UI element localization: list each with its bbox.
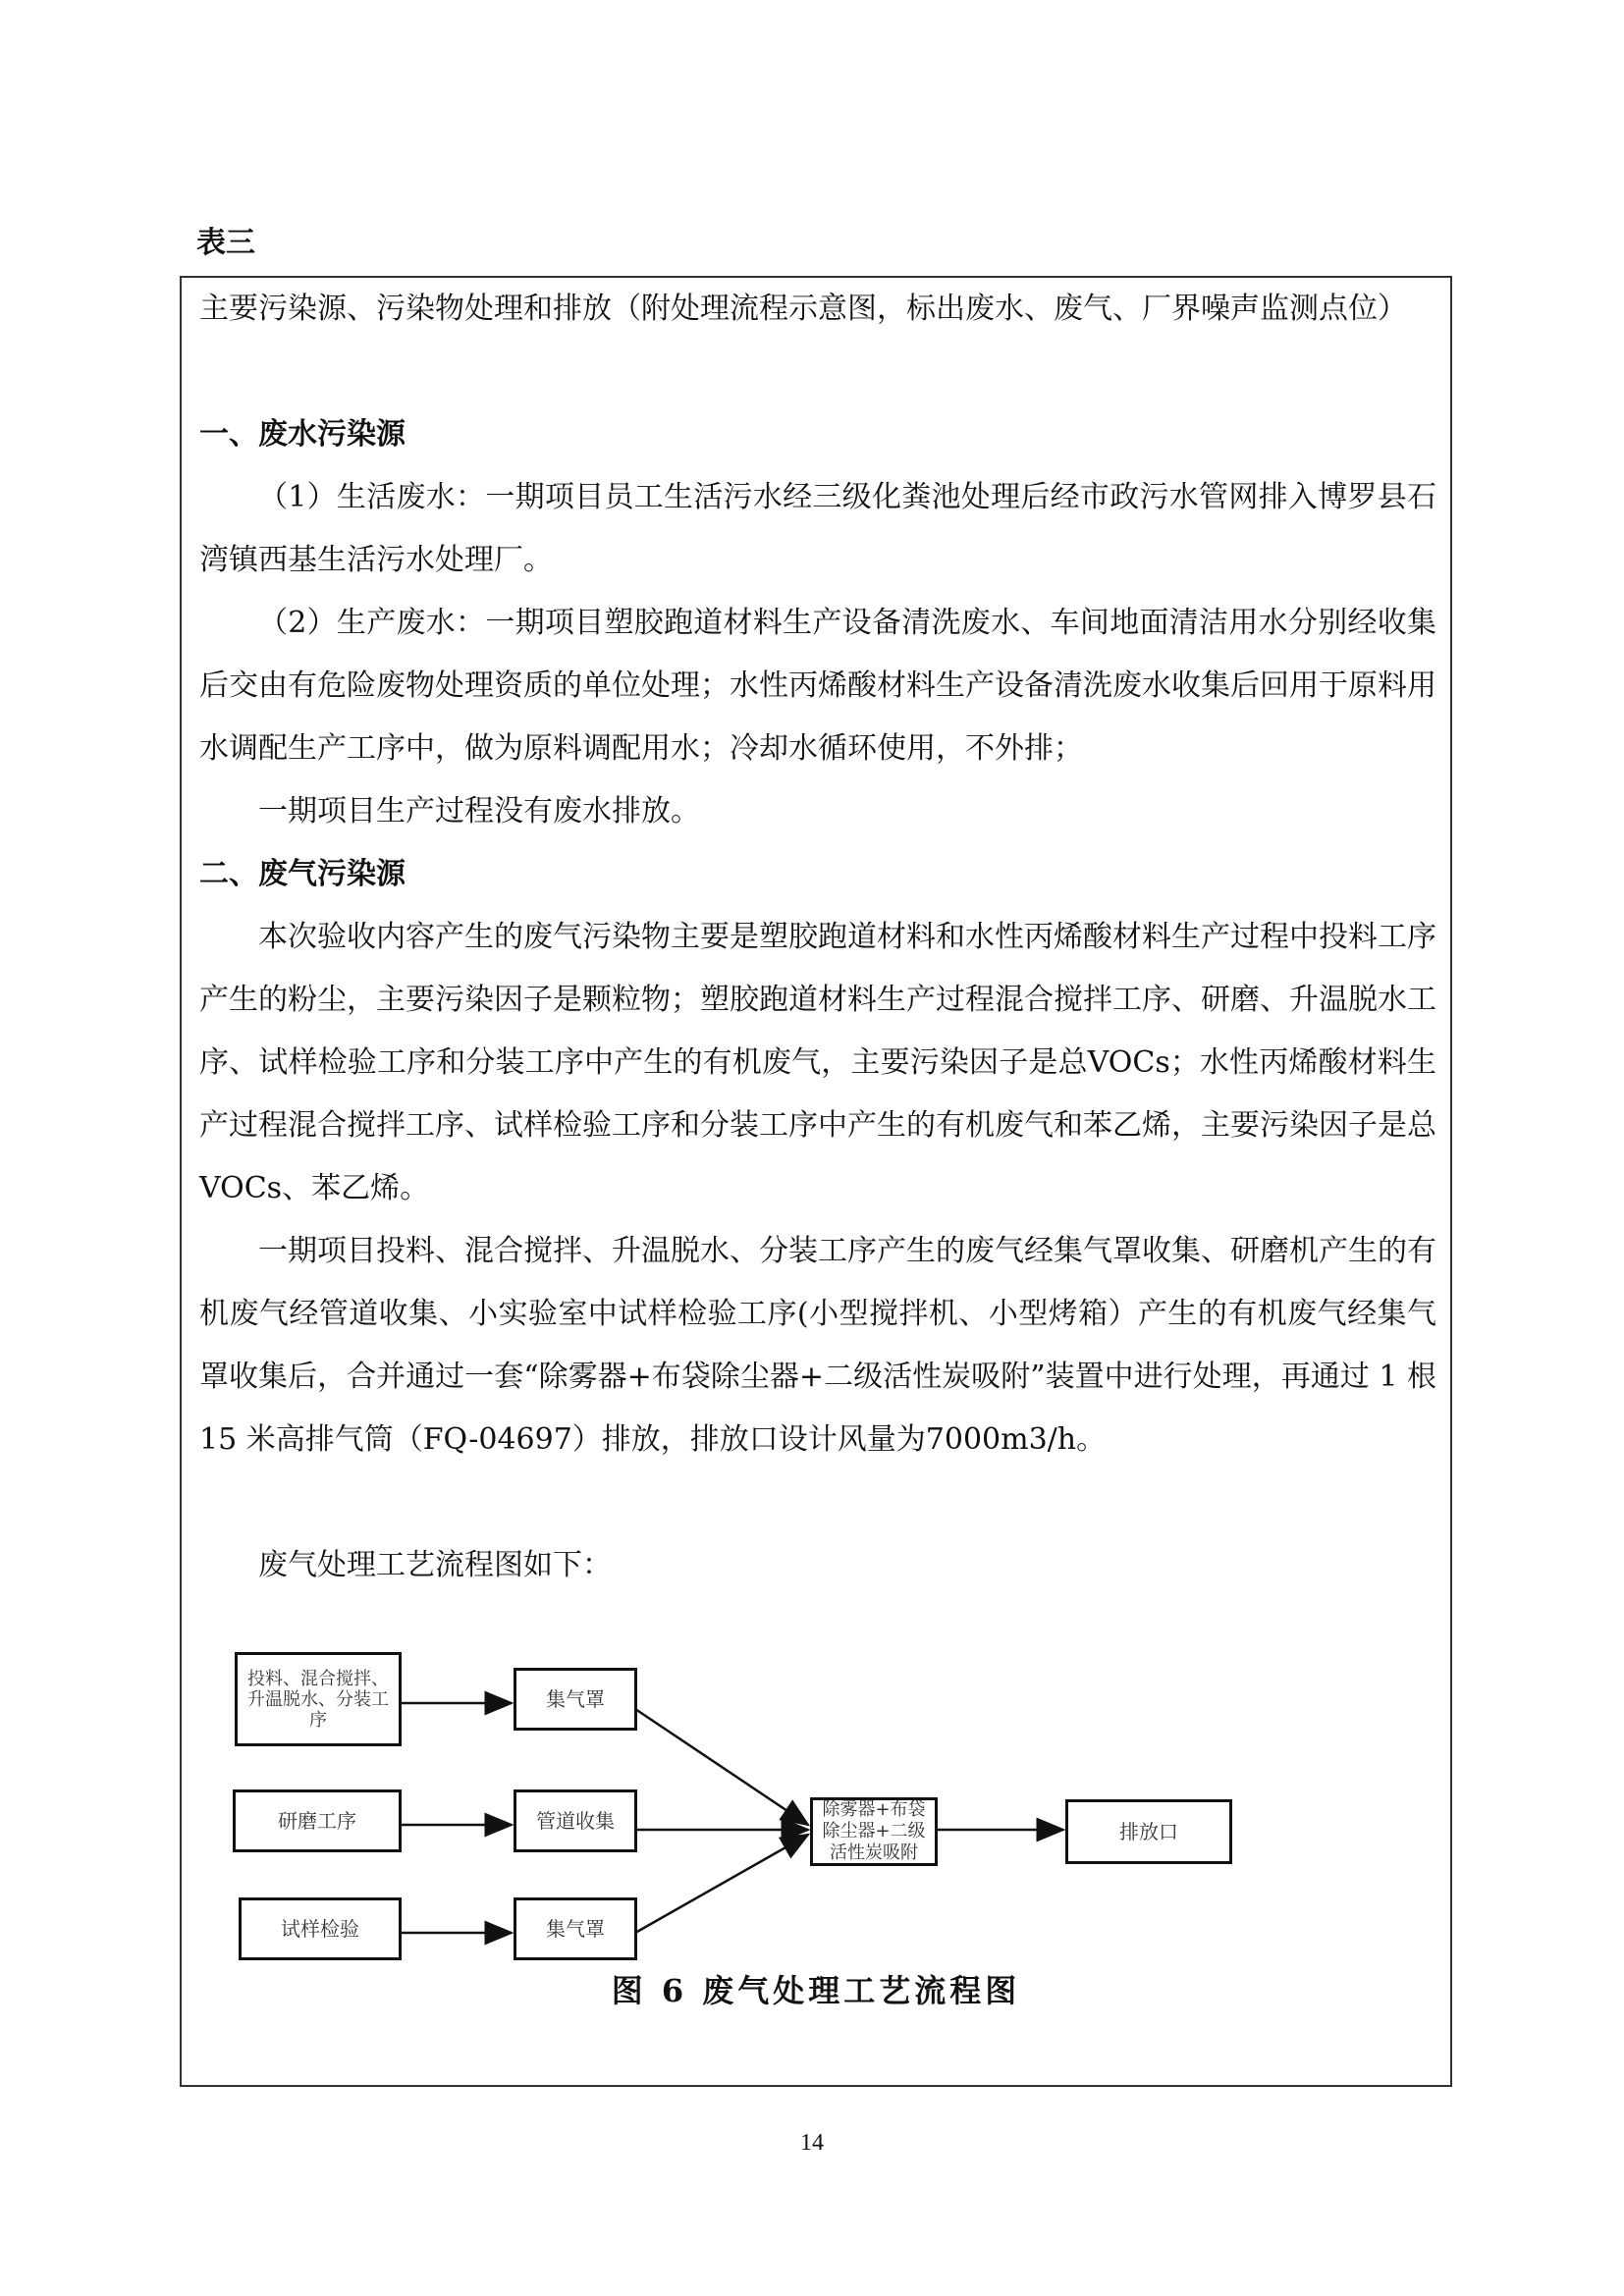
section-title: 主要污染源、污染物处理和排放（附处理流程示意图，标出废水、废气、厂界噪声监测点位…	[199, 278, 1436, 341]
page-number: 14	[0, 2130, 1624, 2157]
source-box-sample-testing: 试样检验	[239, 1897, 402, 1960]
collector-box-hood-2: 集气罩	[514, 1897, 637, 1960]
source-box-grinding: 研磨工序	[233, 1789, 402, 1852]
collector-box-hood-1: 集气罩	[514, 1668, 637, 1731]
figure-caption: 图 6 废气处理工艺流程图	[182, 1966, 1450, 2011]
wastewater-summary: 一期项目生产过程没有废水排放。	[199, 780, 1436, 843]
collector-box-pipe: 管道收集	[514, 1789, 637, 1852]
exhaust-heading: 二、废气污染源	[199, 843, 1436, 906]
wastewater-production: （2）生产废水：一期项目塑胶跑道材料生产设备清洗废水、车间地面清洁用水分别经收集…	[199, 592, 1436, 780]
content-frame: 主要污染源、污染物处理和排放（附处理流程示意图，标出废水、废气、厂界噪声监测点位…	[180, 276, 1452, 2087]
exhaust-flow-diagram: 投料、混合搅拌、升温脱水、分装工序 研磨工序 试样检验 集气罩 管道收集 集气罩…	[217, 1642, 1395, 1947]
treatment-box: 除雾器+布袋除尘器+二级活性炭吸附	[810, 1797, 938, 1866]
exhaust-treatment: 一期项目投料、混合搅拌、升温脱水、分装工序产生的废气经集气罩收集、研磨机产生的有…	[199, 1220, 1436, 1471]
exhaust-diagram-intro: 废气处理工艺流程图如下：	[199, 1534, 1436, 1597]
exhaust-pollutants: 本次验收内容产生的废气污染物主要是塑胶跑道材料和水性丙烯酸材料生产过程中投料工序…	[199, 906, 1436, 1220]
table-label: 表三	[196, 218, 255, 261]
wastewater-heading: 一、废水污染源	[199, 403, 1436, 466]
outlet-box: 排放口	[1065, 1799, 1232, 1864]
wastewater-domestic: （1）生活废水：一期项目员工生活污水经三级化粪池处理后经市政污水管网排入博罗县石…	[199, 466, 1436, 592]
source-box-feeding: 投料、混合搅拌、升温脱水、分装工序	[235, 1652, 402, 1746]
